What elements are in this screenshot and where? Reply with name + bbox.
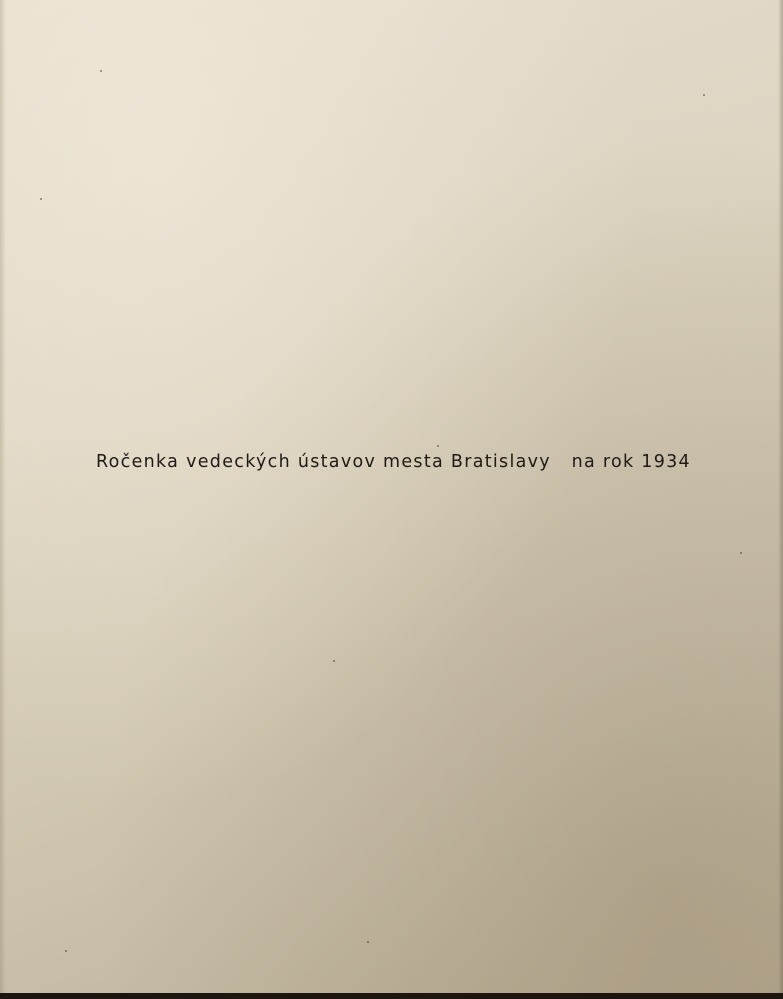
paper-speck <box>40 198 42 200</box>
page-title: Ročenka vedeckých ústavov mesta Bratisla… <box>96 452 691 472</box>
paper-speck <box>333 660 335 662</box>
paper-speck <box>703 94 705 96</box>
book-page: Ročenka vedeckých ústavov mesta Bratisla… <box>0 0 783 993</box>
scan-bottom-edge <box>0 993 783 999</box>
paper-speck <box>100 70 102 72</box>
title-text: Ročenka vedeckých ústavov mesta Bratisla… <box>96 452 551 472</box>
paper-speck <box>367 941 369 943</box>
paper-speck <box>740 552 742 554</box>
paper-speck <box>437 445 439 447</box>
year-text: na rok 1934 <box>572 452 691 472</box>
paper-speck <box>65 950 67 952</box>
